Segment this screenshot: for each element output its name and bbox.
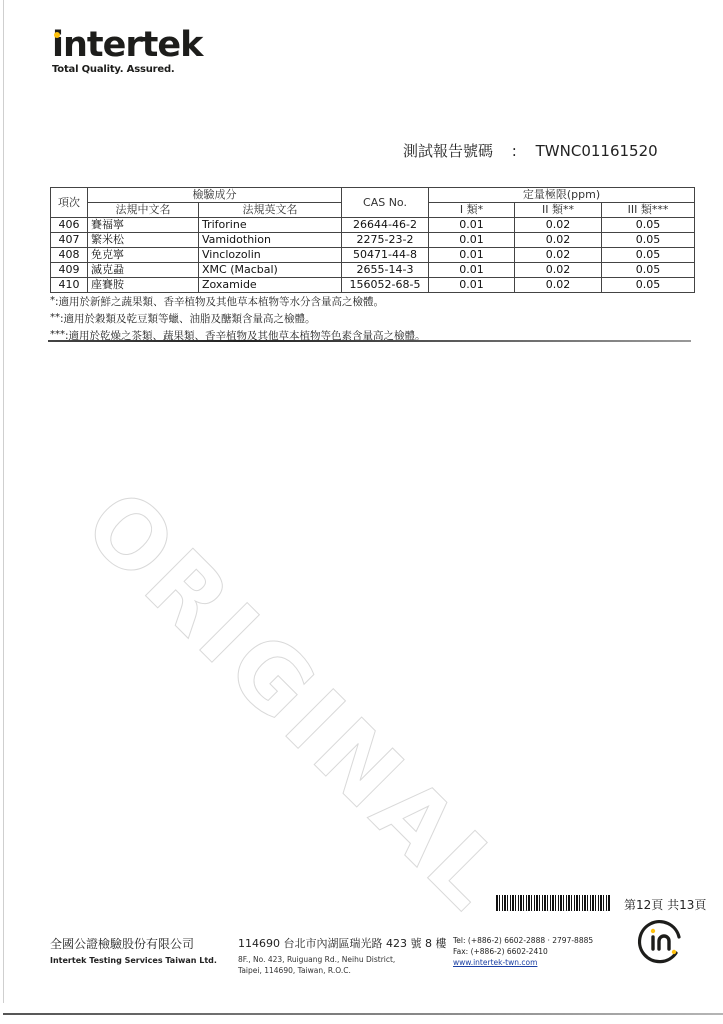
row-limit-class-3: 0.05: [602, 248, 695, 263]
logo-text: intertek: [52, 25, 202, 65]
footnote-text: :適用於穀類及乾豆類等蠟、油脂及醣類含量高之檢體。: [60, 313, 316, 325]
table-row: 408免克寧Vinclozolin50471-44-80.010.020.05: [51, 248, 695, 263]
row-index: 406: [51, 218, 88, 233]
row-en-name: Triforine: [199, 218, 342, 233]
table-row: 407繁米松Vamidothion2275-23-20.010.020.05: [51, 233, 695, 248]
barcode: [496, 895, 611, 911]
address-en-line-1: 8F., No. 423, Ruiguang Rd., Neihu Distri…: [238, 954, 446, 965]
row-index: 407: [51, 233, 88, 248]
row-cas-number: 2275-23-2: [342, 233, 429, 248]
row-limit-class-3: 0.05: [602, 278, 695, 293]
header-component-group: 檢驗成分: [88, 188, 342, 203]
address-en-line-2: Taipei, 114690, Taiwan, R.O.C.: [238, 965, 446, 976]
row-en-name: Vinclozolin: [199, 248, 342, 263]
row-limit-class-1: 0.01: [429, 233, 515, 248]
row-index: 410: [51, 278, 88, 293]
footer-address: 114690 台北市內湖區瑞光路 423 號 8 樓 8F., No. 423,…: [238, 935, 446, 976]
footnote-1: *:適用於新鮮之蔬果類、香辛植物及其他草本植物等水分含量高之檢體。: [50, 293, 426, 310]
header-en-name: 法規英文名: [199, 203, 342, 218]
row-limit-class-2: 0.02: [515, 233, 602, 248]
row-zh-name: 繁米松: [88, 233, 199, 248]
address-zh: 114690 台北市內湖區瑞光路 423 號 8 樓: [238, 935, 446, 951]
row-limit-class-2: 0.02: [515, 278, 602, 293]
intertek-in-logo-icon: [636, 917, 684, 965]
page-number: 第12頁 共13頁: [624, 896, 706, 913]
row-limit-class-1: 0.01: [429, 248, 515, 263]
section-divider: [48, 340, 691, 342]
report-number-separator: :: [512, 142, 517, 160]
report-number-label: 測試報告號碼: [403, 142, 493, 160]
row-limit-class-2: 0.02: [515, 218, 602, 233]
row-limit-class-3: 0.05: [602, 233, 695, 248]
row-cas-number: 50471-44-8: [342, 248, 429, 263]
results-table: 項次 檢驗成分 CAS No. 定量極限(ppm) 法規中文名 法規英文名 I …: [50, 187, 695, 293]
row-en-name: Zoxamide: [199, 278, 342, 293]
telephone: Tel: (+886-2) 6602-2888 · 2797-8885: [453, 935, 593, 946]
header-limit-group: 定量極限(ppm): [429, 188, 695, 203]
intertek-logo: intertek Total Quality. Assured.: [52, 28, 202, 75]
company-name-en: Intertek Testing Services Taiwan Ltd.: [50, 956, 217, 965]
row-limit-class-2: 0.02: [515, 248, 602, 263]
row-en-name: Vamidothion: [199, 233, 342, 248]
row-limit-class-1: 0.01: [429, 218, 515, 233]
report-number-value: TWNC01161520: [536, 142, 658, 160]
row-limit-class-3: 0.05: [602, 263, 695, 278]
row-zh-name: 賽福寧: [88, 218, 199, 233]
header-index: 項次: [51, 188, 88, 218]
logo-accent-dot-icon: [54, 32, 60, 38]
row-zh-name: 座賽胺: [88, 278, 199, 293]
row-en-name: XMC (Macbal): [199, 263, 342, 278]
table-row: 406賽福寧Triforine26644-46-20.010.020.05: [51, 218, 695, 233]
website-link[interactable]: www.intertek-twn.com: [453, 958, 537, 967]
table-row: 410座賽胺Zoxamide156052-68-50.010.020.05: [51, 278, 695, 293]
footnote-2: **:適用於穀類及乾豆類等蠟、油脂及醣類含量高之檢體。: [50, 310, 426, 327]
row-zh-name: 滅克蝨: [88, 263, 199, 278]
scan-page-edge-left: [3, 0, 4, 1003]
scan-page-edge-bottom: [3, 1013, 723, 1015]
row-cas-number: 2655-14-3: [342, 263, 429, 278]
table-header-row-1: 項次 檢驗成分 CAS No. 定量極限(ppm): [51, 188, 695, 203]
fax: Fax: (+886-2) 6602-2410: [453, 946, 593, 957]
address-en: 8F., No. 423, Ruiguang Rd., Neihu Distri…: [238, 954, 446, 976]
row-limit-class-1: 0.01: [429, 263, 515, 278]
footer-company: 全國公證檢驗股份有限公司 Intertek Testing Services T…: [50, 935, 217, 965]
row-cas-number: 156052-68-5: [342, 278, 429, 293]
row-index: 408: [51, 248, 88, 263]
table-row: 409滅克蝨XMC (Macbal)2655-14-30.010.020.05: [51, 263, 695, 278]
row-limit-class-3: 0.05: [602, 218, 695, 233]
footnote-mark: ***: [50, 329, 65, 340]
footnotes: *:適用於新鮮之蔬果類、香辛植物及其他草本植物等水分含量高之檢體。 **:適用於…: [50, 293, 426, 344]
row-limit-class-2: 0.02: [515, 263, 602, 278]
logo-tagline: Total Quality. Assured.: [52, 64, 202, 75]
logo-wordmark: intertek: [52, 28, 202, 62]
report-number-line: 測試報告號碼 : TWNC01161520: [403, 140, 658, 161]
header-zh-name: 法規中文名: [88, 203, 199, 218]
header-cas: CAS No.: [342, 188, 429, 218]
row-cas-number: 26644-46-2: [342, 218, 429, 233]
header-class-2: II 類**: [515, 203, 602, 218]
row-index: 409: [51, 263, 88, 278]
header-class-3: III 類***: [602, 203, 695, 218]
header-class-1: I 類*: [429, 203, 515, 218]
footnote-text: :適用於新鮮之蔬果類、香辛植物及其他草本植物等水分含量高之檢體。: [55, 296, 384, 308]
row-limit-class-1: 0.01: [429, 278, 515, 293]
company-name-zh: 全國公證檢驗股份有限公司: [50, 935, 217, 952]
footnote-mark: **: [50, 312, 60, 323]
row-zh-name: 免克寧: [88, 248, 199, 263]
footer-contact: Tel: (+886-2) 6602-2888 · 2797-8885 Fax:…: [453, 935, 593, 968]
original-watermark: ORIGINAL: [64, 470, 527, 933]
